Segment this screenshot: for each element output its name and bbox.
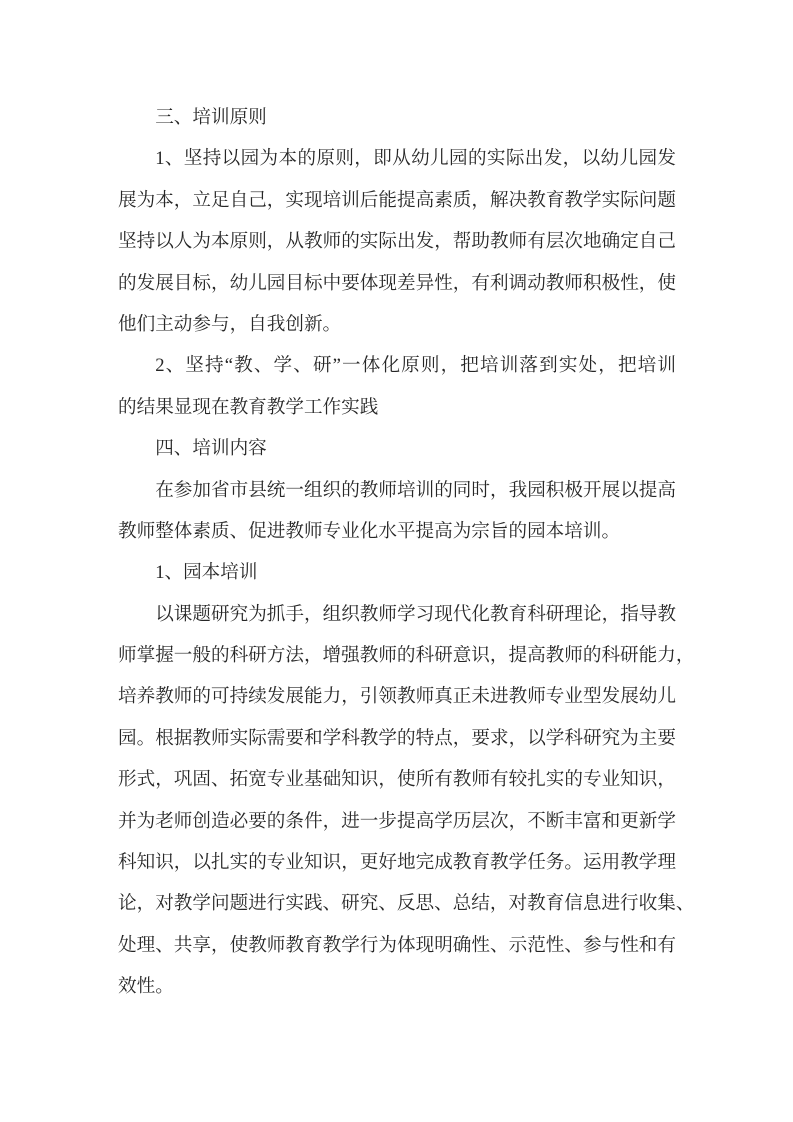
- text-line: 1、园本培训: [118, 552, 676, 593]
- document-page: 三、培训原则1、坚持以园为本的原则，即从幼儿园的实际出发，以幼儿园发展为本，立足…: [0, 0, 793, 1122]
- text-line: 处理、共享，使教师教育教学行为体现明确性、示范性、参与性和有: [118, 925, 676, 966]
- text-line: 论，对教学问题进行实践、研究、反思、总结，对教育信息进行收集、: [118, 883, 676, 924]
- text-line: 的结果显现在教育教学工作实践: [118, 387, 676, 428]
- text-line: 效性。: [118, 966, 676, 1007]
- document-text-block: 三、培训原则1、坚持以园为本的原则，即从幼儿园的实际出发，以幼儿园发展为本，立足…: [118, 97, 676, 1008]
- text-line: 四、培训内容: [118, 428, 676, 469]
- text-line: 科知识，以扎实的专业知识，更好地完成教育教学任务。运用教学理: [118, 842, 676, 883]
- text-line: 的发展目标，幼儿园目标中要体现差异性，有利调动教师积极性，使: [118, 263, 676, 304]
- text-line: 形式，巩固、拓宽专业基础知识，使所有教师有较扎实的专业知识，: [118, 759, 676, 800]
- text-line: 培养教师的可持续发展能力，引领教师真正未进教师专业型发展幼儿: [118, 676, 676, 717]
- text-line: 以课题研究为抓手，组织教师学习现代化教育科研理论，指导教: [118, 594, 676, 635]
- text-line: 他们主动参与，自我创新。: [118, 304, 676, 345]
- text-line: 并为老师创造必要的条件，进一步提高学历层次，不断丰富和更新学: [118, 801, 676, 842]
- text-line: 坚持以人为本原则，从教师的实际出发，帮助教师有层次地确定自己: [118, 221, 676, 262]
- text-line: 展为本，立足自己，实现培训后能提高素质，解决教育教学实际问题: [118, 180, 676, 221]
- text-line: 2、坚持“教、学、研”一体化原则，把培训落到实处，把培训: [118, 345, 676, 386]
- text-line: 1、坚持以园为本的原则，即从幼儿园的实际出发，以幼儿园发: [118, 138, 676, 179]
- text-line: 三、培训原则: [118, 97, 676, 138]
- text-line: 在参加省市县统一组织的教师培训的同时，我园积极开展以提高: [118, 470, 676, 511]
- text-line: 园。根据教师实际需要和学科教学的特点，要求，以学科研究为主要: [118, 718, 676, 759]
- text-line: 师掌握一般的科研方法，增强教师的科研意识，提高教师的科研能力，: [118, 635, 676, 676]
- text-line: 教师整体素质、促进教师专业化水平提高为宗旨的园本培训。: [118, 511, 676, 552]
